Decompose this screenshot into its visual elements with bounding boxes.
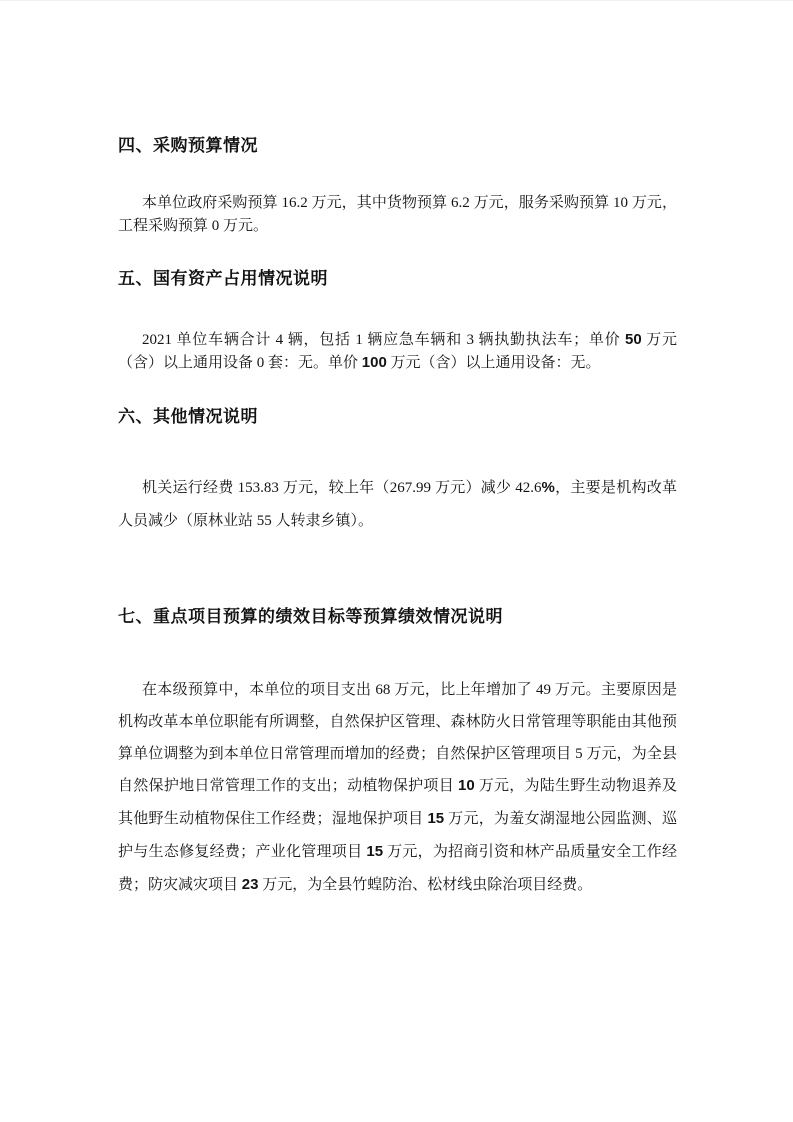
section-heading-state-assets: 五、国有资产占用情况说明 bbox=[118, 267, 677, 291]
section-state-assets: 五、国有资产占用情况说明 2021 单位车辆合计 4 辆，包括 1 辆应急车辆和… bbox=[118, 267, 677, 374]
section-key-project-performance: 七、重点项目预算的绩效目标等预算绩效情况说明 在本级预算中，本单位的项目支出 6… bbox=[118, 605, 677, 902]
bold-figure: 100 bbox=[362, 354, 387, 371]
bold-figure: % bbox=[542, 479, 555, 496]
section-heading-key-project-performance: 七、重点项目预算的绩效目标等预算绩效情况说明 bbox=[118, 605, 677, 629]
text-run: 2021 单位车辆合计 4 辆，包括 1 辆应急车辆和 3 辆执勤执法车；单价 bbox=[142, 332, 625, 348]
section-paragraph-procurement-budget: 本单位政府采购预算 16.2 万元，其中货物预算 6.2 万元，服务采购预算 1… bbox=[118, 192, 677, 237]
document-page: 四、采购预算情况 本单位政府采购预算 16.2 万元，其中货物预算 6.2 万元… bbox=[0, 0, 793, 1122]
text-run: 万元，为全县竹蝗防治、松材线虫除治项目经费。 bbox=[258, 877, 592, 893]
section-paragraph-key-project-performance: 在本级预算中，本单位的项目支出 68 万元，比上年增加了 49 万元。主要原因是… bbox=[118, 675, 677, 902]
text-run: 万元（含）以上通用设备：无。 bbox=[387, 355, 601, 371]
bold-figure: 15 bbox=[427, 810, 444, 827]
bold-figure: 23 bbox=[242, 876, 259, 893]
section-heading-procurement-budget: 四、采购预算情况 bbox=[118, 134, 677, 158]
text-run: 本单位政府采购预算 16.2 万元，其中货物预算 6.2 万元，服务采购预算 1… bbox=[118, 195, 677, 234]
bold-figure: 10 bbox=[458, 777, 475, 794]
section-procurement-budget: 四、采购预算情况 本单位政府采购预算 16.2 万元，其中货物预算 6.2 万元… bbox=[118, 134, 677, 237]
section-paragraph-state-assets: 2021 单位车辆合计 4 辆，包括 1 辆应急车辆和 3 辆执勤执法车；单价 … bbox=[118, 329, 677, 374]
section-heading-other-notes: 六、其他情况说明 bbox=[118, 405, 677, 429]
section-paragraph-other-notes: 机关运行经费 153.83 万元，较上年（267.99 万元）减少 42.6%，… bbox=[118, 471, 677, 538]
section-other-notes: 六、其他情况说明 机关运行经费 153.83 万元，较上年（267.99 万元）… bbox=[118, 405, 677, 538]
bold-figure: 50 bbox=[625, 331, 642, 348]
text-run: 机关运行经费 153.83 万元，较上年（267.99 万元）减少 42.6 bbox=[142, 480, 542, 496]
bold-figure: 15 bbox=[366, 843, 383, 860]
document-content: 四、采购预算情况 本单位政府采购预算 16.2 万元，其中货物预算 6.2 万元… bbox=[0, 1, 793, 902]
